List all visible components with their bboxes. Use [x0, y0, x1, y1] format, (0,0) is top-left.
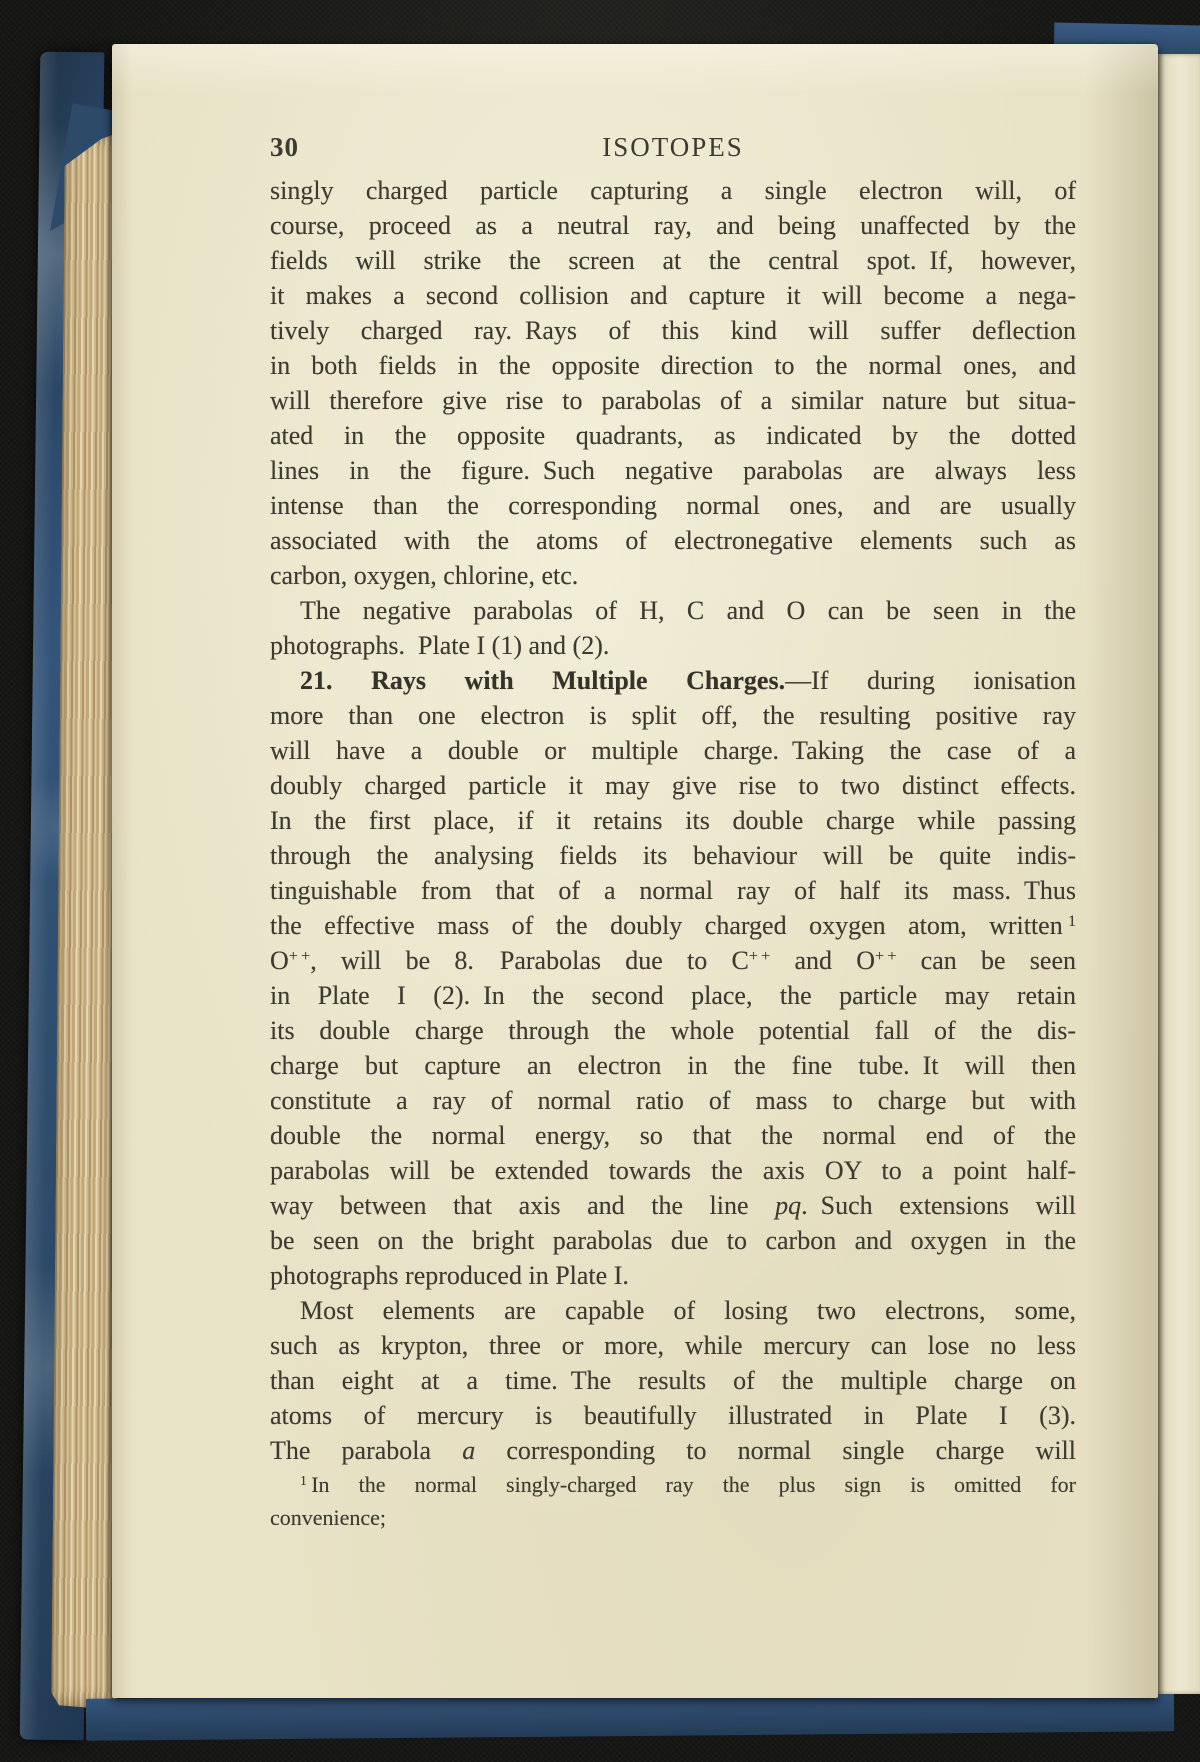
- text-line: course, proceed as a neutral ray, and be…: [270, 208, 1076, 243]
- text-line: in both fields in the opposite direction…: [270, 348, 1076, 383]
- text-line: double the normal energy, so that the no…: [270, 1118, 1076, 1153]
- text-line: will have a double or multiple charge. T…: [270, 733, 1076, 768]
- text-line: through the analysing fields its behavio…: [270, 838, 1076, 873]
- running-title: ISOTOPES: [270, 130, 1076, 164]
- text-line: photographs reproduced in Plate I.: [270, 1258, 1076, 1293]
- footnote-lines: 1 In the normal singly-charged ray the p…: [270, 1468, 1076, 1534]
- gutter-page-strip: [1156, 54, 1200, 1694]
- book-page: 30 ISOTOPES singly charged particle capt…: [112, 44, 1158, 1698]
- text-line: The negative parabolas of H, C and O can…: [270, 593, 1076, 628]
- text-line: convenience;: [270, 1501, 1076, 1534]
- text-line: carbon, oxygen, chlorine, etc.: [270, 558, 1076, 593]
- text-line: fields will strike the screen at the cen…: [270, 243, 1076, 278]
- text-line: associated with the atoms of electronega…: [270, 523, 1076, 558]
- text-line: it makes a second collision and capture …: [270, 278, 1076, 313]
- text-line: charge but capture an electron in the fi…: [270, 1048, 1076, 1083]
- text-line: lines in the figure. Such negative parab…: [270, 453, 1076, 488]
- text-line: its double charge through the whole pote…: [270, 1013, 1076, 1048]
- text-line: atoms of mercury is beautifully illustra…: [270, 1398, 1076, 1433]
- text-line: singly charged particle capturing a sing…: [270, 173, 1076, 208]
- text-line: than eight at a time. The results of the…: [270, 1363, 1076, 1398]
- body-lines: singly charged particle capturing a sing…: [270, 173, 1076, 1468]
- page-number: 30: [270, 130, 299, 164]
- page-header: 30 ISOTOPES: [270, 130, 1076, 164]
- text-line: 1 In the normal singly-charged ray the p…: [270, 1468, 1076, 1501]
- text-line: O+ +, will be 8. Parabolas due to C+ + a…: [270, 943, 1076, 978]
- text-line: In the first place, if it retains its do…: [270, 803, 1076, 838]
- text-line: tively charged ray. Rays of this kind wi…: [270, 313, 1076, 348]
- text-line: intense than the corresponding normal on…: [270, 488, 1076, 523]
- text-line: parabolas will be extended towards the a…: [270, 1153, 1076, 1188]
- text-line: will therefore give rise to parabolas of…: [270, 383, 1076, 418]
- text-line: photographs. Plate I (1) and (2).: [270, 628, 1076, 663]
- text-line: 21. Rays with Multiple Charges.—If durin…: [270, 663, 1076, 698]
- text-line: the effective mass of the doubly charged…: [270, 908, 1076, 943]
- photograph-background: { "book": { "page_number": "30", "runnin…: [0, 0, 1200, 1762]
- text-line: such as krypton, three or more, while me…: [270, 1328, 1076, 1363]
- text-line: Most elements are capable of losing two …: [270, 1293, 1076, 1328]
- text-line: tinguishable from that of a normal ray o…: [270, 873, 1076, 908]
- text-line: way between that axis and the line pq. S…: [270, 1188, 1076, 1223]
- text-line: The parabola a corresponding to normal s…: [270, 1433, 1076, 1468]
- text-line: be seen on the bright parabolas due to c…: [270, 1223, 1076, 1258]
- text-line: in Plate I (2). In the second place, the…: [270, 978, 1076, 1013]
- text-line: doubly charged particle it may give rise…: [270, 768, 1076, 803]
- text-line: ated in the opposite quadrants, as indic…: [270, 418, 1076, 453]
- text-line: more than one electron is split off, the…: [270, 698, 1076, 733]
- text-line: constitute a ray of normal ratio of mass…: [270, 1083, 1076, 1118]
